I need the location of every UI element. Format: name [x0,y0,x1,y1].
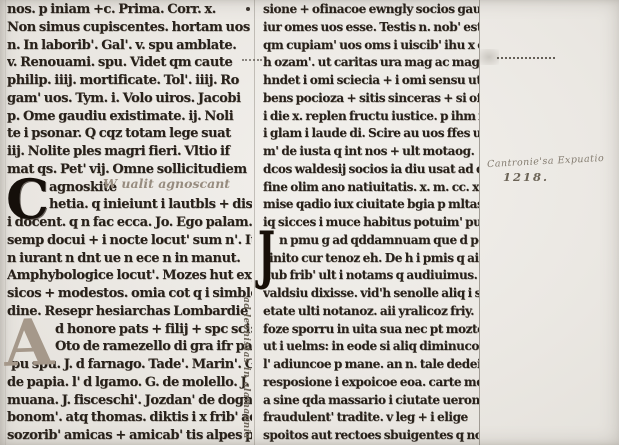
text-line: n pmu g ad qddamnuam que d ponu [263,232,479,250]
right-text-column: sione + ofinacoe ewngly socios gaudeiur … [263,1,479,445]
text-line: iij. Nolite ples magri fieri. Vltio if [7,143,252,161]
text-line: philip. iiij. mortificate. Tol'. iiij. R… [7,72,252,90]
text-line: n iurant n dnt ue n ece n in manut. [7,250,252,268]
text-line: a sine qda massario i ciutate uerone. [263,392,479,410]
text-line: gam' uos. Tym. i. Volo uiros. Jacobi [7,90,252,108]
text-line: semp docui + i nocte locut' sum n'. Ite [7,232,252,250]
text-line: hndet i omi sciecia + i omi sensu ut pro [263,72,479,90]
text-line: i die x. replen fructu iustice. p ihm x. [263,108,479,126]
column-gutter-ruling-line [254,0,255,445]
text-line: h ozam'. ut caritas ura mag ac mag [263,54,479,72]
margin-annotation-year: 1218. [503,170,549,184]
text-line: aub frib' ult i notams q audiuimus. [263,267,479,285]
text-line: qm cupiam' uos oms i uiscib' ihu x cq [263,37,479,55]
text-line: muana. J. fisceschi'. Jozdan' de dogno: [7,392,252,410]
vertical-margin-rubric: ad leonistas in alamannia [241,297,251,445]
initial-letter-j: J [258,224,275,287]
manuscript-page: nos. p iniam +c. Prima. Corr. x.Non simu… [0,0,619,445]
text-line: i glam i laude di. Scire au uos ffes uol… [263,125,479,143]
text-line: p. Ome gaudiu existimate. ij. Noli [7,108,252,126]
text-line: m' de iusta q int nos + ult motaog. [263,143,479,161]
text-line: foze sporru in uita sua nec pt mozte [263,321,479,339]
text-line: te i psonar. Q cqz totam lege suat [7,125,252,143]
text-line: valdsiu dixisse. vid'h senolle aliq i so… [263,285,479,303]
text-line: Non simus cupiscentes. hortam uos [7,19,252,37]
dotted-ruling-artifact-right [497,57,555,59]
text-line: nos. p iniam +c. Prima. Corr. x. [7,1,252,19]
text-line: v. Renouami. spu. Videt qm caute [7,54,252,72]
ink-dot-artifact [246,7,250,11]
text-line: mise qadio iux ciuitate bgia p mltas [263,196,479,214]
smudge-artifact [479,49,499,65]
text-line: bonom'. atq thomas. diktis i x frib' ac [7,409,252,427]
text-line: etate ulti notanoz. aii yralicoz friy. [263,303,479,321]
text-line: fraudulent' tradite. v leg + i elige [263,409,479,427]
interlinear-faded-note: W ualit agnoscant [103,176,230,191]
text-line: inito cur tenoz eh. De h i pmis q ainu' [263,250,479,268]
text-line: Amphybologice locut'. Mozes hut expo [7,267,252,285]
margin-annotation-title: Cantronie'sa Expuatio [487,153,605,170]
text-line: l' adiuncoe p mane. an n. tale dedei [263,356,479,374]
text-line: n. In laborib'. Gal'. v. spu amblate. [7,37,252,55]
text-line: sicos + modestos. omia cot q i simblo [7,285,252,303]
text-line: iq sicces i muce habitus potuim' pucio [263,214,479,232]
text-line: sozorib' amicas + amicab' tis alpes pie [7,427,252,445]
right-margin-ruling-line [479,0,480,445]
text-line: sione + ofinacoe ewngly socios gaude [263,1,479,19]
text-line: resposione i expoicoe eoa. carte mdaces. [263,374,479,392]
dotted-ruling-artifact-gutter [242,59,262,61]
text-line: spoitos aut rectoes sbuigentes q nos [263,427,479,445]
text-line: dcos waldesij socios ia diu usat ad que [263,161,479,179]
text-line: iur omes uos esse. Testis n. nob' est ds [263,19,479,37]
text-line: bens pocioza + sitis sinceras + si offen… [263,90,479,108]
initial-letter-c: C [6,176,49,222]
initial-letter-a-faded: A [3,311,55,377]
text-line: ut i uelms: in eode si aliq diminucoe. [263,338,479,356]
text-line: fine olim ano natiuitatis. x. m. cc. xvi… [263,179,479,197]
